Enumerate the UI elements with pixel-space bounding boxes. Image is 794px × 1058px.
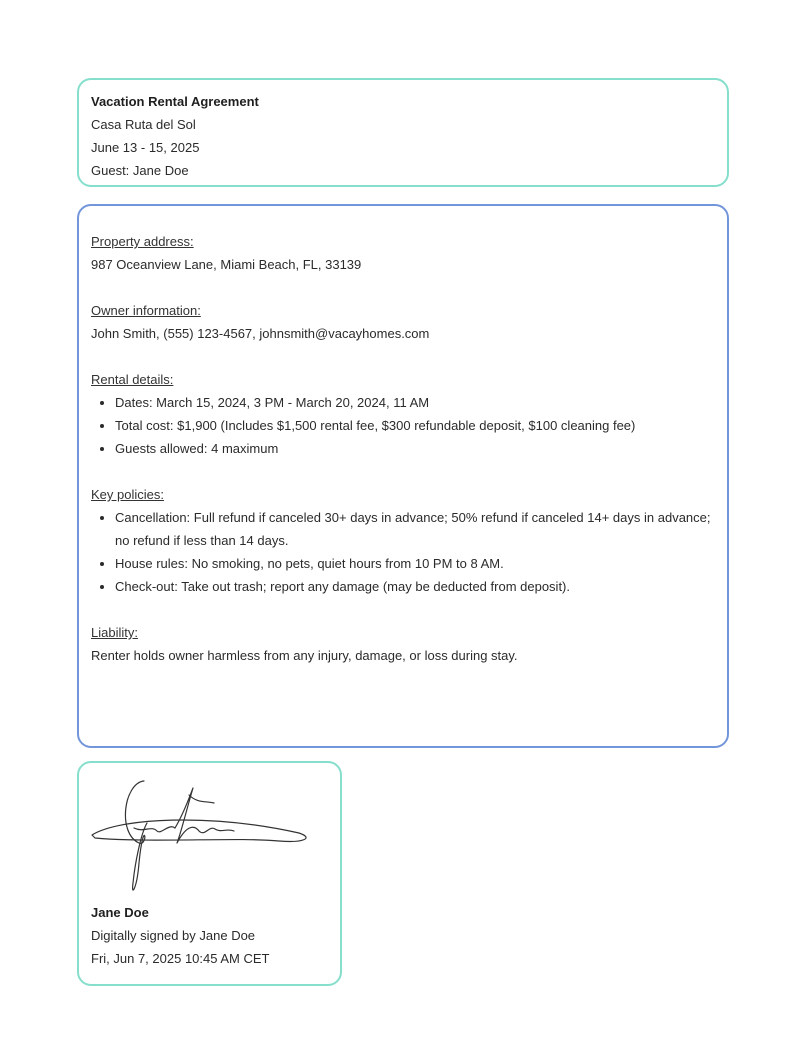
property-address: 987 Oceanview Lane, Miami Beach, FL, 331…	[91, 253, 715, 276]
list-item: Check-out: Take out trash; report any da…	[115, 575, 715, 598]
list-item: Dates: March 15, 2024, 3 PM - March 20, …	[115, 391, 715, 414]
signed-by-text: Digitally signed by Jane Doe	[91, 924, 269, 947]
rental-details-heading: Rental details:	[91, 368, 715, 391]
list-item: House rules: No smoking, no pets, quiet …	[115, 552, 715, 575]
liability-section: Liability: Renter holds owner harmless f…	[91, 621, 715, 667]
stay-dates: June 13 - 15, 2025	[91, 136, 715, 159]
owner-info-heading: Owner information:	[91, 299, 715, 322]
key-policies-list: Cancellation: Full refund if canceled 30…	[91, 506, 715, 598]
signer-name: Jane Doe	[91, 901, 269, 924]
owner-info-section: Owner information: John Smith, (555) 123…	[91, 299, 715, 345]
owner-info: John Smith, (555) 123-4567, johnsmith@va…	[91, 322, 715, 345]
list-item: Total cost: $1,900 (Includes $1,500 rent…	[115, 414, 715, 437]
liability-heading: Liability:	[91, 621, 715, 644]
property-name: Casa Ruta del Sol	[91, 113, 715, 136]
rental-details-list: Dates: March 15, 2024, 3 PM - March 20, …	[91, 391, 715, 460]
property-address-section: Property address: 987 Oceanview Lane, Mi…	[91, 230, 715, 276]
signature-timestamp: Fri, Jun 7, 2025 10:45 AM CET	[91, 947, 269, 970]
signature-card: Jane Doe Digitally signed by Jane Doe Fr…	[77, 761, 342, 986]
rental-details-section: Rental details: Dates: March 15, 2024, 3…	[91, 368, 715, 460]
agreement-title: Vacation Rental Agreement	[91, 90, 715, 113]
guest-name: Guest: Jane Doe	[91, 159, 715, 182]
agreement-details-card: Property address: 987 Oceanview Lane, Mi…	[77, 204, 729, 748]
signature-details: Jane Doe Digitally signed by Jane Doe Fr…	[91, 901, 269, 970]
handwritten-signature-icon	[89, 773, 329, 898]
key-policies-heading: Key policies:	[91, 483, 715, 506]
property-address-heading: Property address:	[91, 230, 715, 253]
liability-text: Renter holds owner harmless from any inj…	[91, 644, 715, 667]
agreement-header-card: Vacation Rental Agreement Casa Ruta del …	[77, 78, 729, 187]
list-item: Cancellation: Full refund if canceled 30…	[115, 506, 715, 552]
key-policies-section: Key policies: Cancellation: Full refund …	[91, 483, 715, 598]
list-item: Guests allowed: 4 maximum	[115, 437, 715, 460]
